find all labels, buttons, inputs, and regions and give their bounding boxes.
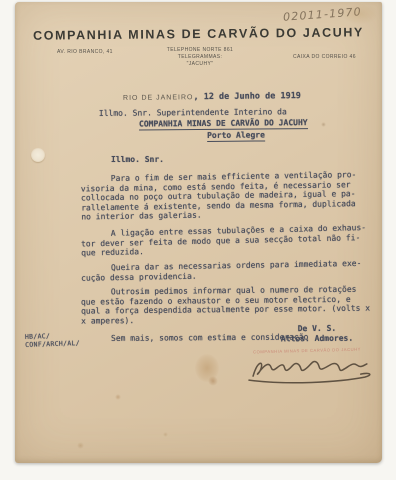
paper-stain [195,354,219,382]
letter-paper: 02011-1970 COMPANHIA MINAS DE CARVÃO DO … [15,2,382,463]
addressee-block: Illmo. Snr. Superintendente Interino da … [99,106,308,143]
letter-body: Illmo. Snr. Para o fim de ser mais effic… [81,155,393,349]
paper-stain [115,394,121,400]
signature [247,351,379,387]
letterhead-contact: TELEPHONE NORTE 861 TELEGRAMMAS: "JACUHY… [145,47,255,68]
letterhead-company-name: COMPANHIA MINAS DE CARVÃO DO JACUHY [15,25,382,43]
dateline: RIO DE JANEIRO, 12 de Junho de 1919 [123,83,301,104]
paper-stain [208,376,218,386]
paragraph-2: A ligação entre essas tubulações e a cai… [81,222,394,258]
punch-hole [31,148,45,162]
archive-number-annotation: 02011-1970 [283,5,363,23]
paper-stain [163,432,168,437]
reference-initials: HB/AC/ CONF/ARCH/AL/ [25,331,80,349]
letterhead-po-box: CAIXA DO CORREIO 46 [293,54,356,61]
salutation: Illmo. Snr. [111,155,393,164]
closing-block: De V. S. Attos. Admores. [261,324,373,345]
closing-line2: Attos. Admores. [261,334,373,345]
paragraph-1: Para o fim de ser mais efficiente a vent… [81,170,394,223]
addressee-city: Porto Alegre [207,129,265,142]
dateline-date: , 12 de Junho de 1919 [193,91,301,102]
reference-line2: CONF/ARCH/AL/ [25,339,80,349]
paper-stain [77,442,84,449]
letterhead-telegram-name: "JACUHY" [145,61,255,68]
letterhead-address: AV. RIO BRANCO, 41 [57,49,113,56]
dateline-city: RIO DE JANEIRO [123,94,193,102]
paragraph-4: Outrosim pedimos informar qual o numero … [81,284,393,326]
paragraph-3: Queira dar as necessarias ordens para im… [81,258,393,283]
addressee-company: COMPANHIA MINAS DE CARVÃO DO JACUHY [139,117,308,130]
paper-stain [321,122,326,127]
letterhead-telegram-label: TELEGRAMMAS: [145,54,255,61]
letterhead-telephone: TELEPHONE NORTE 861 [145,47,255,54]
